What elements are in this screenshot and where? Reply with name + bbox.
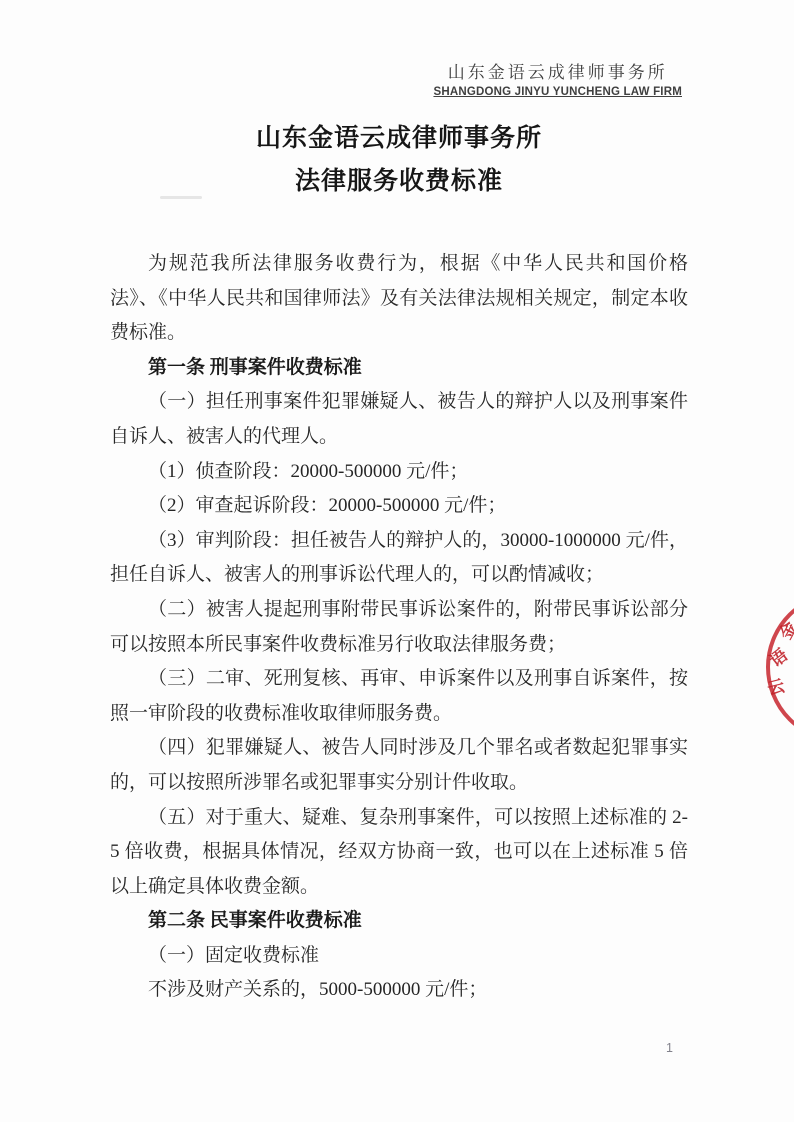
intro-paragraph: 为规范我所法律服务收费行为，根据《中华人民共和国价格法》、《中华人民共和国律师法… bbox=[110, 247, 688, 351]
page-number: 1 bbox=[666, 1041, 673, 1055]
document-title-line2: 法律服务收费标准 bbox=[110, 160, 688, 203]
letterhead-firm-name-en: SHANGDONG JINYU YUNCHENG LAW FIRM bbox=[433, 86, 682, 98]
body-paragraph: （2）审查起诉阶段：20000-500000 元/件； bbox=[110, 489, 688, 524]
section-2-heading: 第二条 民事案件收费标准 bbox=[110, 904, 688, 939]
body-paragraph: （三）二审、死刑复核、再审、申诉案件以及刑事自诉案件，按照一审阶段的收费标准收取… bbox=[110, 662, 688, 731]
body-paragraph: 不涉及财产关系的，5000-500000 元/件； bbox=[110, 973, 688, 1008]
body-paragraph: （二）被害人提起刑事附带民事诉讼案件的，附带民事诉讼部分可以按照本所民事案件收费… bbox=[110, 593, 688, 662]
body-paragraph: （3）审判阶段：担任被告人的辩护人的，30000-1000000 元/件，担任自… bbox=[110, 524, 688, 593]
body-paragraph: （1）侦查阶段：20000-500000 元/件； bbox=[110, 455, 688, 490]
document-title-line1: 山东金语云成律师事务所 bbox=[110, 117, 688, 160]
section-1-heading: 第一条 刑事案件收费标准 bbox=[110, 351, 688, 386]
document-page: 山东金语云成律师事务所 SHANGDONG JINYU YUNCHENG LAW… bbox=[0, 0, 794, 1122]
document-title: 山东金语云成律师事务所 法律服务收费标准 bbox=[110, 117, 688, 203]
document-body: 为规范我所法律服务收费行为，根据《中华人民共和国价格法》、《中华人民共和国律师法… bbox=[110, 247, 688, 1008]
body-paragraph: （一）固定收费标准 bbox=[110, 939, 688, 974]
letterhead-firm-name-cn: 山东金语云成律师事务所 bbox=[433, 58, 682, 83]
body-paragraph: （五）对于重大、疑难、复杂刑事案件，可以按照上述标准的 2-5 倍收费，根据具体… bbox=[110, 801, 688, 905]
body-paragraph: （一）担任刑事案件犯罪嫌疑人、被告人的辩护人以及刑事案件自诉人、被害人的代理人。 bbox=[110, 385, 688, 454]
body-paragraph: （四）犯罪嫌疑人、被告人同时涉及几个罪名或者数起犯罪事实的，可以按照所涉罪名或犯… bbox=[110, 731, 688, 800]
letterhead: 山东金语云成律师事务所 SHANGDONG JINYU YUNCHENG LAW… bbox=[433, 58, 682, 98]
